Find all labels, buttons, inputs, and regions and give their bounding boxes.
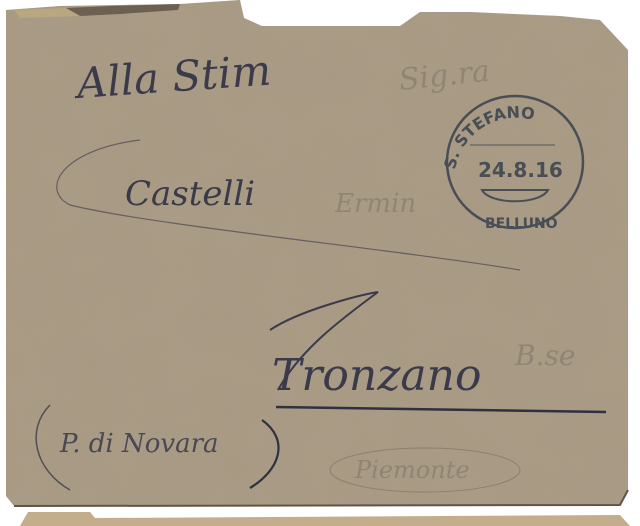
lower-envelope-edge [20,512,630,526]
postmark-date: 24.8.16 [478,158,563,182]
address-given-name: Ermin [334,189,416,219]
address-town-suffix: B.se [514,339,575,372]
envelope-photo: Alla Stim Sig.ra Castelli Ermin Tronzano… [0,0,640,526]
address-town: Tronzano [272,350,481,401]
address-region: Piemonte [354,456,470,484]
postmark-bottom-arc: BELLUNO [485,216,558,232]
address-surname: Castelli [125,174,255,214]
address-province: P. di Novara [59,429,219,459]
